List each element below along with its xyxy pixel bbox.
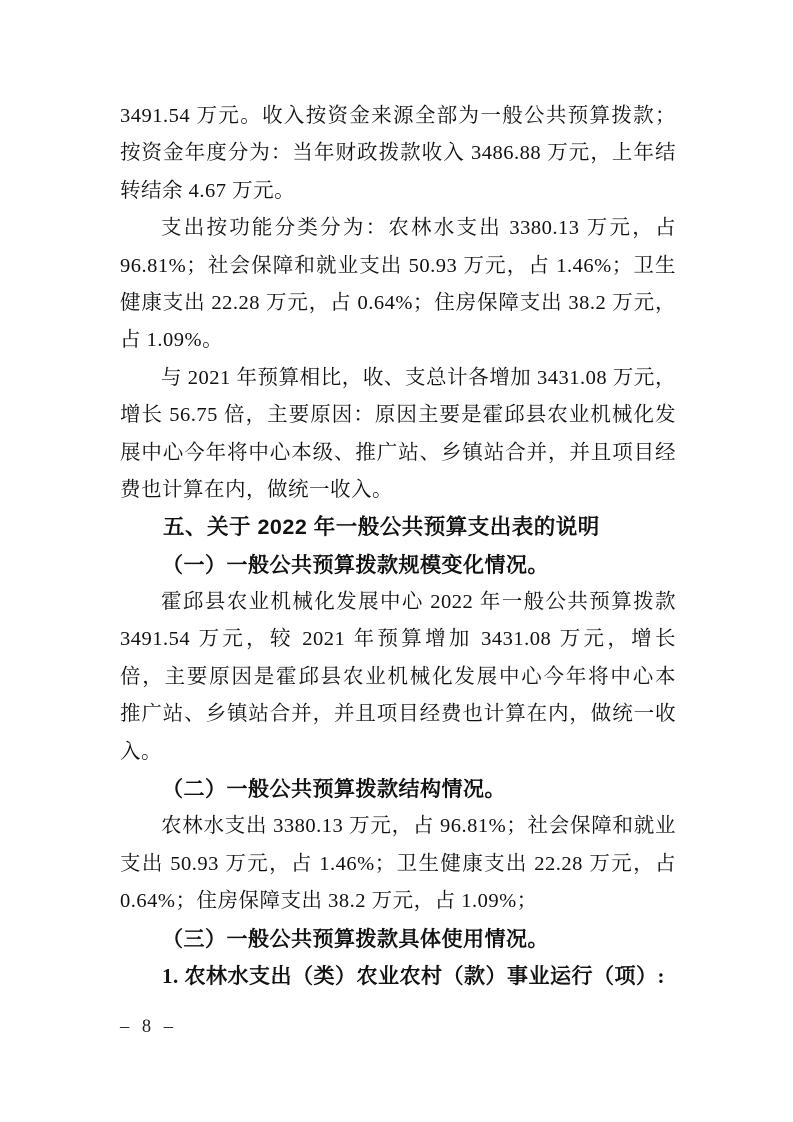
text-line: 3491.54 万元，较 2021 年预算增加 3431.08 万元，增长 56… — [120, 621, 676, 658]
subsection-heading-two: （二）一般公共预算拨款结构情况。 — [120, 771, 676, 808]
paragraph-comparison-2021: 与 2021 年预算相比，收、支总计各增加 3431.08 万元， 增长 56.… — [120, 360, 676, 510]
text-line: 按资金年度分为：当年财政拨款收入 3486.88 万元，上年结 — [120, 135, 676, 172]
paragraph-income-sources: 3491.54 万元。收入按资金来源全部为一般公共预算拨款； 按资金年度分为：当… — [120, 98, 676, 210]
text-line: 3491.54 万元。收入按资金来源全部为一般公共预算拨款； — [120, 98, 676, 135]
text-line: 0.64%；住房保障支出 38.2 万元，占 1.09%； — [120, 883, 676, 920]
subsection-heading-three: （三）一般公共预算拨款具体使用情况。 — [120, 921, 676, 958]
paragraph-expense-by-function: 支出按功能分类分为：农林水支出 3380.13 万元，占 96.81%；社会保障… — [120, 210, 676, 360]
text-line: 倍，主要原因是霍邱县农业机械化发展中心今年将中心本级、 — [120, 659, 676, 696]
text-line: 推广站、乡镇站合并，并且项目经费也计算在内，做统一收 — [120, 696, 676, 733]
page-body-text: 3491.54 万元。收入按资金来源全部为一般公共预算拨款； 按资金年度分为：当… — [120, 98, 676, 995]
text-line: 96.81%；社会保障和就业支出 50.93 万元，占 1.46%；卫生 — [120, 248, 676, 285]
item-heading-agriculture-expense: 1. 农林水支出（类）农业农村（款）事业运行（项）: — [120, 958, 676, 995]
paragraph-budget-scale-change: 霍邱县农业机械化发展中心 2022 年一般公共预算拨款 3491.54 万元，较… — [120, 584, 676, 771]
subsection-heading-one: （一）一般公共预算拨款规模变化情况。 — [120, 547, 676, 584]
text-line: 农林水支出 3380.13 万元，占 96.81%；社会保障和就业 — [120, 808, 676, 845]
text-line: 占 1.09%。 — [120, 322, 676, 359]
paragraph-budget-structure: 农林水支出 3380.13 万元，占 96.81%；社会保障和就业 支出 50.… — [120, 808, 676, 920]
section-heading-five: 五、关于 2022 年一般公共预算支出表的说明 — [120, 509, 676, 546]
text-line: 展中心今年将中心本级、推广站、乡镇站合并，并且项目经 — [120, 435, 676, 472]
text-line: 支出 50.93 万元，占 1.46%；卫生健康支出 22.28 万元，占 — [120, 846, 676, 883]
text-line: 费也计算在内，做统一收入。 — [120, 472, 676, 509]
text-line: 入。 — [120, 734, 676, 771]
page-number: – 8 – — [120, 1017, 177, 1038]
text-line: 与 2021 年预算相比，收、支总计各增加 3431.08 万元， — [120, 360, 676, 397]
text-line: 增长 56.75 倍，主要原因：原因主要是霍邱县农业机械化发 — [120, 397, 676, 434]
text-line: 支出按功能分类分为：农林水支出 3380.13 万元，占 — [120, 210, 676, 247]
text-line: 霍邱县农业机械化发展中心 2022 年一般公共预算拨款 — [120, 584, 676, 621]
document-page: 3491.54 万元。收入按资金来源全部为一般公共预算拨款； 按资金年度分为：当… — [0, 0, 793, 1122]
text-line: 转结余 4.67 万元。 — [120, 173, 676, 210]
text-line: 健康支出 22.28 万元，占 0.64%；住房保障支出 38.2 万元， — [120, 285, 676, 322]
